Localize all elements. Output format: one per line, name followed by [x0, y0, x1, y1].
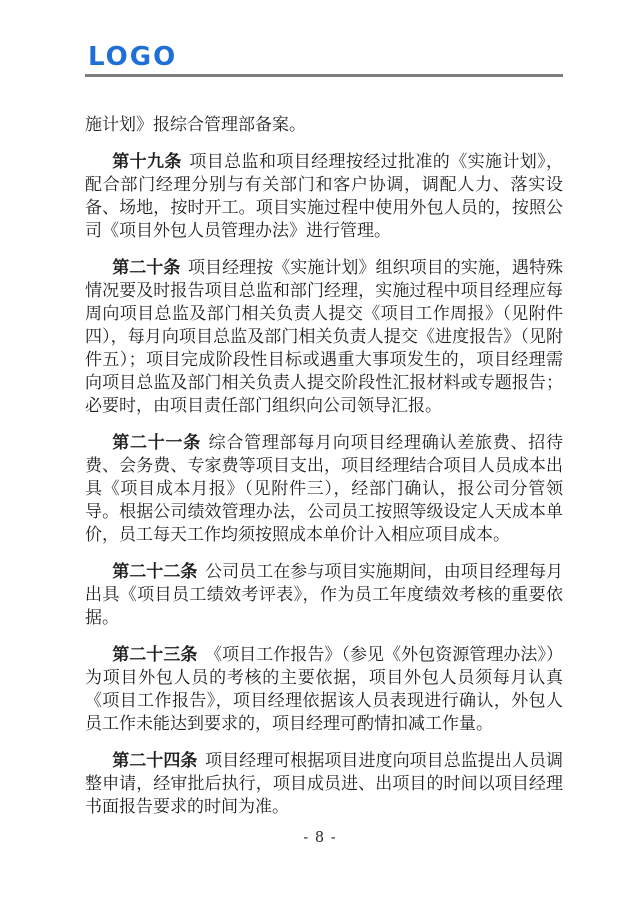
articles-list: 第十九条项目总监和项目经理按经过批准的《实施计划》，配合部门经理分别与有关部门和… [85, 151, 563, 819]
article-number-label: 第十九条 [112, 152, 182, 172]
article-paragraph: 第十九条项目总监和项目经理按经过批准的《实施计划》，配合部门经理分别与有关部门和… [85, 151, 563, 243]
article-number-label: 第二十条 [112, 258, 180, 278]
article-paragraph: 第二十二条公司员工在参与项目实施期间，由项目经理每月出具《项目员工绩效考评表》，… [85, 561, 563, 630]
article-number-label: 第二十二条 [112, 562, 197, 582]
article-number-label: 第二十四条 [112, 751, 197, 771]
article-paragraph: 第二十四条项目经理可根据项目进度向项目总监提出人员调整申请，经审批后执行，项目成… [85, 750, 563, 819]
article-paragraph: 第二十一条综合管理部每月向项目经理确认差旅费、招待费、会务费、专家费等项目支出，… [85, 432, 563, 547]
article-text: 项目经理按《实施计划》组织项目的实施，遇特殊情况要及时报告项目总监和部门经理，实… [85, 258, 563, 416]
article-paragraph: 第二十三条《项目工作报告》（参见《外包资源管理办法》）为项目外包人员的考核的主要… [85, 644, 563, 736]
page-header: LOGO [0, 0, 640, 77]
page-number: - 8 - [0, 830, 640, 846]
article-number-label: 第二十一条 [112, 433, 201, 453]
company-logo: LOGO [88, 44, 640, 70]
article-number-label: 第二十三条 [112, 645, 197, 665]
article-paragraph: 第二十条项目经理按《实施计划》组织项目的实施，遇特殊情况要及时报告项目总监和部门… [85, 257, 563, 418]
continued-paragraph: 施计划》报综合管理部备案。 [85, 114, 563, 137]
document-page: LOGO 施计划》报综合管理部备案。 第十九条项目总监和项目经理按经过批准的《实… [0, 0, 640, 906]
header-rule [85, 74, 563, 77]
document-body: 施计划》报综合管理部备案。 第十九条项目总监和项目经理按经过批准的《实施计划》，… [85, 114, 563, 819]
